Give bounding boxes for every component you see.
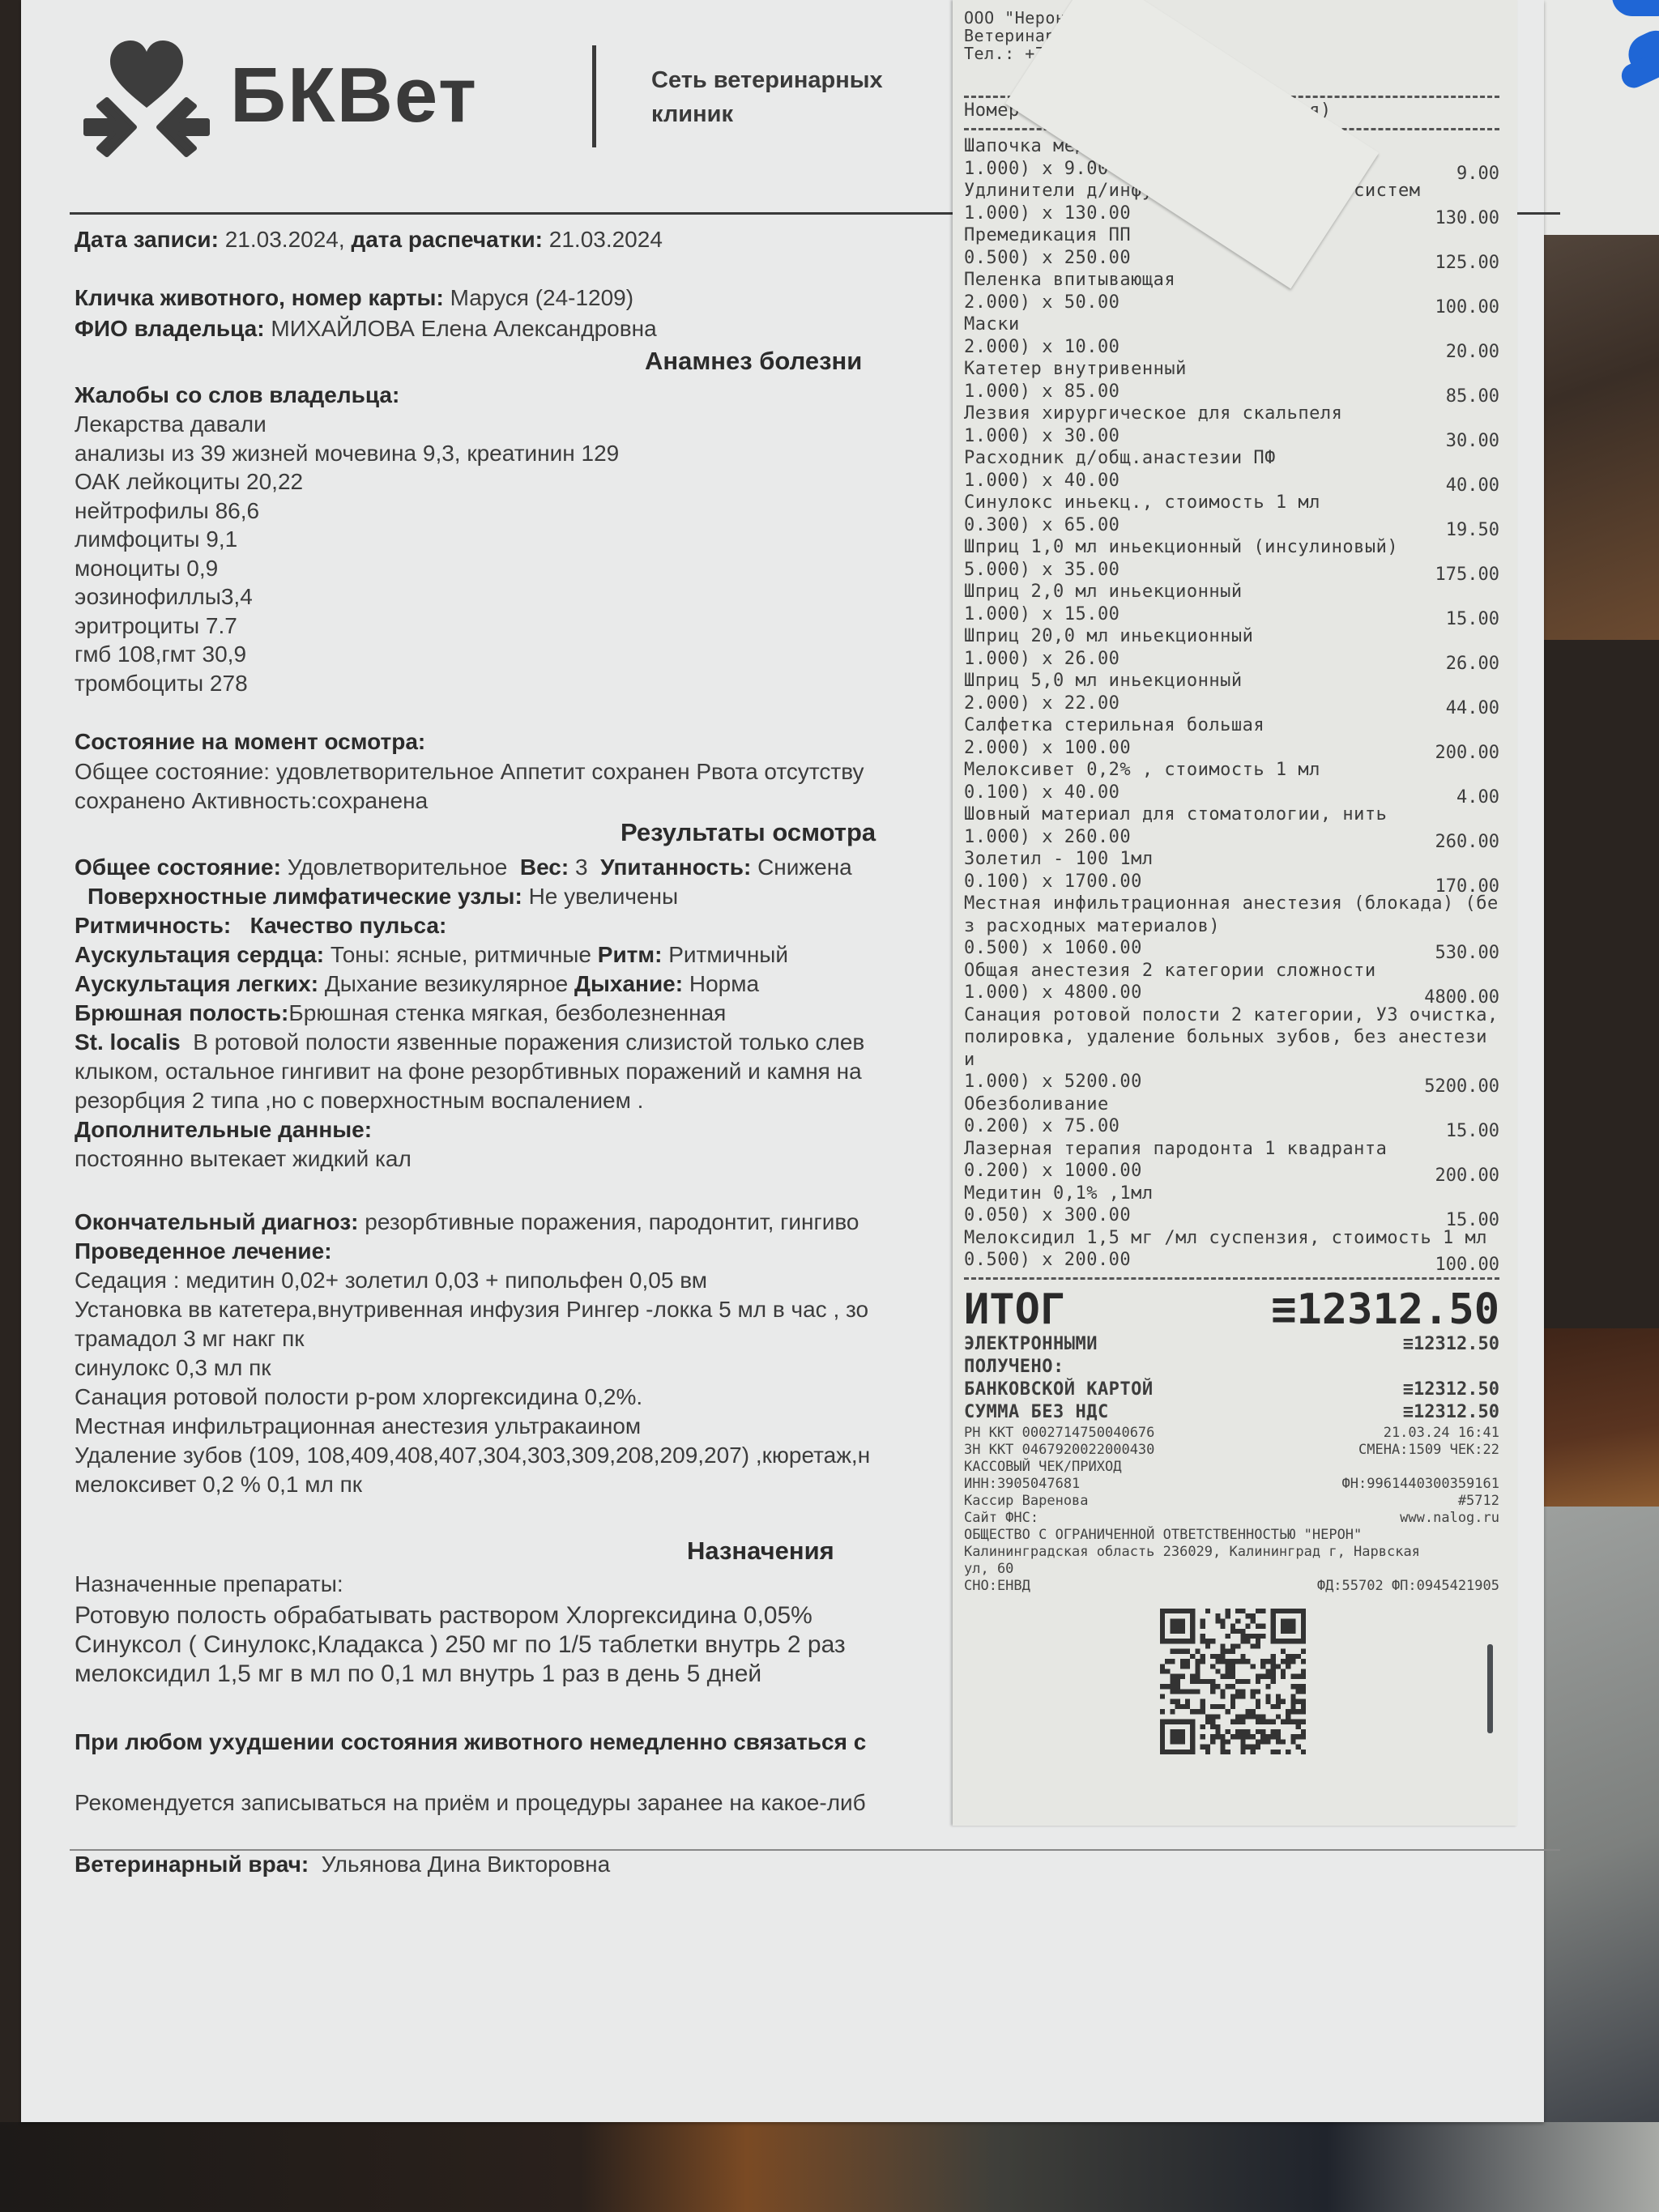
print-date-label: дата распечатки: [351,227,543,252]
receipt-fiscal-info: ИНН:3905047681 [964,1476,1080,1492]
local-status-line: резорбция 2 типа ,но с поверхностным вос… [75,1088,643,1114]
complaint-item: эозинофиллы3,4 [75,584,253,610]
lymph-line: Поверхностные лимфатические узлы: Не уве… [87,884,678,910]
heart-paws-icon [78,31,215,160]
local-label: St. localis [75,1029,181,1055]
treatment-item: синулокс 0,3 мл пк [75,1355,271,1381]
lymph-label: Поверхностные лимфатические узлы: [87,884,522,909]
receipt-payment-value: ≡12312.50 [1403,1379,1499,1400]
receipt-separator [964,1277,1499,1280]
pulse-line: Ритмичность: Качество пульса: [75,913,446,939]
receipt-item-name: Катетер внутривенный [964,359,1187,379]
complaint-item: анализы из 39 жизней мочевина 9,3, креат… [75,441,619,467]
doctor-name: Ульянова Дина Викторовна [322,1852,610,1877]
receipt-item-qty: 2.000) x 10.00 [964,337,1120,357]
receipt-item-name: Шприц 5,0 мл иньекционный [964,671,1243,691]
receipt-item-sum: 15.00 [1446,1121,1499,1141]
prescribed-drug: Синуксол ( Синулокс,Кладакса ) 250 мг по… [75,1631,846,1659]
receipt-company-info: ОБЩЕСТВО С ОГРАНИЧЕННОЙ ОТВЕТСТВЕННОСТЬЮ… [964,1527,1362,1543]
complaint-item: моноциты 0,9 [75,556,218,582]
receipt-item-name: Золетил - 100 1мл [964,849,1154,869]
treatment-item: Санация ротовой полости р-ром хлоргексид… [75,1384,642,1410]
heart-label: Аускультация сердца: [75,942,324,967]
warning-text: При любом ухудшении состояния животного … [75,1729,866,1755]
receipt-item-name: Маски [964,314,1020,335]
receipt-fiscal-info: ФН:9961440300359161 [1342,1476,1499,1492]
treatment-item: Седация : медитин 0,02+ золетил 0,03 + п… [75,1268,707,1294]
heart-line: Аускультация сердца: Тоны: ясные, ритмич… [75,942,788,968]
receipt-total-label: ИТОГ [964,1285,1065,1334]
abdomen-value: Брюшная стенка мягкая, безболезненная [288,1000,726,1025]
pet-value: Маруся (24-1209) [450,285,634,310]
local-value: В ротовой полости язвенные поражения сли… [193,1029,864,1055]
prescribed-drug: мелоксидил 1,5 мг в мл по 0,1 мл внутрь … [75,1660,761,1688]
receipt-item-name: Расходник д/общ.анастезии ПФ [964,448,1276,468]
nutrition-label: Упитанность: [600,855,751,880]
receipt-item-qty: 1.000) x 5200.00 [964,1072,1142,1092]
receipt-item-sum: 100.00 [1435,297,1499,318]
receipt-item-sum: 40.00 [1446,475,1499,496]
nutrition-value: Снижена [757,855,852,880]
recommendation-text: Рекомендуется записываться на приём и пр… [75,1790,866,1816]
extra-label: Дополнительные данные: [75,1117,372,1143]
pet-label: Кличка животного, номер карты: [75,285,444,310]
receipt-fiscal-info: РН ККТ 0002714750040676 [964,1425,1154,1441]
rhythm-label: Ритмичность: [75,913,231,938]
receipt-item-name: Шприц 1,0 мл иньекционный (инсулиновый) [964,537,1398,557]
heart-rhythm-label: Ритм: [598,942,663,967]
receipt-item-qty: 1.000) x 15.00 [964,604,1120,624]
diagnosis-value: резорбтивные поражения, пародонтит, гинг… [365,1209,859,1234]
receipt-item-qty: 1.000) x 40.00 [964,471,1120,491]
receipt-item-qty: 0.100) x 1700.00 [964,872,1142,892]
receipt-item-sum: 100.00 [1435,1255,1499,1275]
receipt-item-sum: 9.00 [1456,164,1499,184]
receipt-total-value: ≡12312.50 [1271,1285,1499,1334]
receipt-item-sum: 260.00 [1435,832,1499,852]
receipt-item-qty: 2.000) x 100.00 [964,738,1131,758]
dates-line: Дата записи: 21.03.2024, дата распечатки… [75,227,663,253]
receipt-payment-label: СУММА БЕЗ НДС [964,1402,1109,1422]
breath-value: Норма [689,971,759,996]
receipt-item-sum: 85.00 [1446,386,1499,407]
complaint-item: нейтрофилы 86,6 [75,498,259,524]
prescriptions-title: Назначения [687,1536,834,1566]
qr-code-icon [1160,1607,1306,1756]
treatment-item: Удаление зубов (109, 108,409,408,407,304… [75,1443,870,1468]
receipt-item-qty: 0.200) x 75.00 [964,1116,1120,1136]
receipt-item-qty: 1.000) x 30.00 [964,426,1120,446]
exam-title: Результаты осмотра [621,818,876,847]
receipt-item-name: Салфетка стерильная большая [964,715,1265,735]
receipt-item-name: Пеленка впитывающая [964,270,1175,290]
breath-label: Дыхание: [574,971,683,996]
pulse-label: Качество пульса: [250,913,447,938]
doctor-label: Ветеринарный врач: [75,1852,309,1877]
logo-divider [592,45,596,147]
receipt-fiscal-info: КАССОВЫЙ ЧЕК/ПРИХОД [964,1459,1121,1475]
complaints-label: Жалобы со слов владельца: [75,382,399,408]
anamnesis-title: Анамнез болезни [645,347,862,376]
receipt-item-sum: 15.00 [1446,609,1499,629]
treatment-item: мелоксивет 0,2 % 0,1 мл пк [75,1472,362,1498]
complaint-item: гмб 108,гмт 30,9 [75,641,246,667]
record-date: 21.03.2024, [225,227,345,252]
weight-label: Вес: [520,855,569,880]
receipt-item-sum: 26.00 [1446,654,1499,674]
lungs-value: Дыхание везикулярное [325,971,568,996]
receipt-company-info: ул, 60 [964,1561,1013,1577]
receipt-item-name: Премедикация ПП [964,225,1131,245]
receipt-fiscal-info: www.nalog.ru [1400,1510,1499,1526]
receipt-item-qty: 0.500) x 1060.00 [964,938,1142,958]
receipt-item-sum: 175.00 [1435,565,1499,585]
receipt-item-sum: 530.00 [1435,943,1499,963]
receipt-fiscal-info: Кассир Варенова [964,1493,1089,1509]
receipt-item-name: Общая анестезия 2 категории сложности [964,961,1376,981]
receipt-item-qty: 0.050) x 300.00 [964,1205,1131,1225]
receipt-item-name: Шприц 20,0 мл иньекционный [964,626,1253,646]
receipt-tax-system: СНО:ЕНВД [964,1578,1030,1594]
lymph-value: Не увеличены [529,884,679,909]
pet-line: Кличка животного, номер карты: Маруся (2… [75,285,633,311]
receipt-item-qty: 1.000) x 260.00 [964,827,1131,847]
general-label: Общее состояние: [75,855,281,880]
receipt-fiscal-info: #5712 [1458,1493,1499,1509]
complaint-item: ОАК лейкоциты 20,22 [75,469,303,495]
staple [1487,1644,1493,1733]
receipt-item-qty: 0.200) x 1000.00 [964,1161,1142,1181]
receipt-item-name: Мелоксидил 1,5 мг /мл суспензия, стоимос… [964,1228,1487,1248]
receipt-item-qty: 1.000) x 9.00 [964,159,1109,179]
receipt-item-name: Лезвия хирургическое для скальпеля [964,403,1342,424]
cash-receipt: ООО "Нерон"Ветеринарные клиникиТел.: +7 … [953,0,1517,1826]
receipt-payment-label: БАНКОВСКОЙ КАРТОЙ [964,1379,1154,1400]
receipt-item-sum: 5200.00 [1424,1076,1499,1097]
receipt-item-sum: 44.00 [1446,698,1499,718]
receipt-item-qty: 2.000) x 22.00 [964,693,1120,714]
receipt-item-qty: 0.100) x 40.00 [964,782,1120,803]
receipt-item-name: Шовный материал для стоматологии, нить [964,804,1387,825]
receipt-item-sum: 20.00 [1446,342,1499,362]
receipt-company-info: Калининградская область 236029, Калининг… [964,1544,1420,1560]
diagnosis-line: Окончательный диагноз: резорбтивные пора… [75,1209,859,1235]
state-label: Состояние на момент осмотра: [75,729,425,755]
owner-line: ФИО владельца: МИХАЙЛОВА Елена Александр… [75,316,657,342]
receipt-item-name: Мелоксивет 0,2% , стоимость 1 мл [964,760,1320,780]
treatment-item: Установка вв катетера,внутривенная инфуз… [75,1297,868,1323]
receipt-item-sum: 4.00 [1456,787,1499,808]
receipt-payment-label: ЭЛЕКТРОННЫМИ [964,1334,1098,1354]
state-line: Общее состояние: удовлетворительное Аппе… [75,759,864,785]
state-line: сохранено Активность:сохранена [75,788,428,814]
general-value: Удовлетворительное [288,855,508,880]
receipt-item-qty: 2.000) x 50.00 [964,292,1120,313]
receipt-fiscal-info: СМЕНА:1509 ЧЕК:22 [1358,1442,1499,1458]
extra-value: постоянно вытекает жидкий кал [75,1146,412,1172]
complaint-item: лимфоциты 9,1 [75,526,237,552]
weight-value: 3 [575,855,588,880]
heart-rhythm-value: Ритмичный [668,942,788,967]
complaint-item: Лекарства давали [75,411,267,437]
receipt-item-name: Санация ротовой полости 2 категории, УЗ … [964,1005,1499,1025]
treatment-label: Проведенное лечение: [75,1238,332,1264]
receipt-fiscal-info: Сайт ФНС: [964,1510,1038,1526]
footer-divider [70,1849,1560,1851]
receipt-item-name: и [964,1050,975,1070]
receipt-item-sum: 200.00 [1435,1166,1499,1186]
receipt-item-sum: 19.50 [1446,520,1499,540]
receipt-item-sum: 30.00 [1446,431,1499,451]
owner-label: ФИО владельца: [75,316,265,341]
receipt-fiscal-sign: ФД:55702 ФП:0945421905 [1317,1578,1499,1594]
doctor-line: Ветеринарный врач: Ульянова Дина Викторо… [75,1852,610,1877]
receipt-item-sum: 130.00 [1435,208,1499,228]
receipt-item-qty: 1.000) x 130.00 [964,203,1131,224]
receipt-fiscal-info: 21.03.24 16:41 [1384,1425,1499,1441]
receipt-item-name: Лазерная терапия пародонта 1 квадранта [964,1139,1387,1159]
receipt-item-name: Местная инфильтрационная анестезия (блок… [964,893,1499,914]
lungs-line: Аускультация легких: Дыхание везикулярно… [75,971,759,997]
local-status-line: St. localis В ротовой полости язвенные п… [75,1029,864,1055]
drugs-label: Назначенные препараты: [75,1571,343,1597]
floor-surface [0,2122,1659,2212]
complaint-item: эритроциты 7.7 [75,613,237,639]
abdomen-line: Брюшная полость:Брюшная стенка мягкая, б… [75,1000,726,1026]
receipt-item-sum: 200.00 [1435,743,1499,763]
clinic-name: БКВет [230,51,478,140]
heart-value: Тоны: ясные, ритмичные [331,942,591,967]
print-date: 21.03.2024 [549,227,663,252]
receipt-item-qty: 0.500) x 250.00 [964,248,1131,268]
lungs-label: Аускультация легких: [75,971,318,996]
treatment-item: трамадол 3 мг накг пк [75,1326,305,1352]
receipt-item-sum: 125.00 [1435,253,1499,273]
receipt-fiscal-info: ЗН ККТ 0467920022000430 [964,1442,1154,1458]
clinic-subtitle: Сеть ветеринарных клиник [651,63,927,131]
receipt-item-qty: 1.000) x 26.00 [964,649,1120,669]
receipt-item-qty: 0.300) x 65.00 [964,515,1120,535]
receipt-item-name: Медитин 0,1% ,1мл [964,1183,1154,1204]
clinic-logo: БКВет [78,31,478,160]
receipt-item-name: Синулокс иньекц., стоимость 1 мл [964,492,1320,513]
receipt-item-name: з расходных материалов) [964,916,1220,936]
local-status-line: клыком, остальное гингивит на фоне резор… [75,1059,862,1085]
receipt-payment-value: ≡12312.50 [1403,1402,1499,1422]
abdomen-label: Брюшная полость: [75,1000,288,1025]
receipt-item-qty: 5.000) x 35.00 [964,560,1120,580]
diagnosis-label: Окончательный диагноз: [75,1209,358,1234]
receipt-item-name: полировка, удаление больных зубов, без а… [964,1027,1487,1047]
receipt-item-qty: 1.000) x 85.00 [964,381,1120,402]
receipt-item-name: Обезболивание [964,1094,1109,1115]
record-date-label: Дата записи: [75,227,219,252]
prescribed-drug: Ротовую полость обрабатывать раствором Х… [75,1602,812,1630]
exam-general-line: Общее состояние: Удовлетворительное Вес:… [75,855,852,880]
complaint-item: тромбоциты 278 [75,671,248,697]
receipt-payment-value: ≡12312.50 [1403,1334,1499,1354]
receipt-payment-label: ПОЛУЧЕНО: [964,1357,1064,1377]
receipt-item-name: Шприц 2,0 мл иньекционный [964,582,1243,602]
receipt-item-qty: 0.500) x 200.00 [964,1250,1131,1270]
treatment-item: Местная инфильтрационная анестезия ультр… [75,1413,641,1439]
owner-value: МИХАЙЛОВА Елена Александровна [271,316,656,341]
receipt-item-qty: 1.000) x 4800.00 [964,982,1142,1003]
